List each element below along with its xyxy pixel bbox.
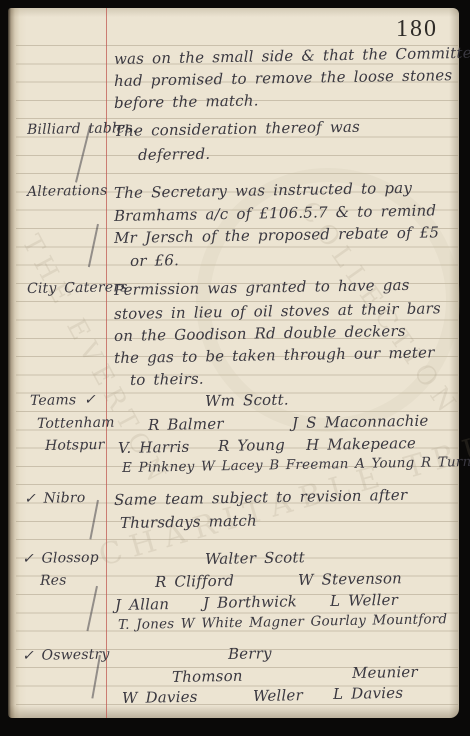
margin-opponent-line: Tottenham: [37, 415, 115, 432]
minute-line: or £6.: [130, 251, 179, 270]
player-name: Weller: [253, 686, 303, 705]
player-name: R Balmer: [148, 415, 224, 434]
margin-heading-nibro: ✓ Nibro: [24, 490, 86, 507]
player-name: L Weller: [330, 591, 398, 610]
player-name: Thomson: [172, 667, 243, 686]
page-number: 180: [396, 16, 438, 43]
player-name: R Clifford: [155, 572, 234, 591]
player-name: J Borthwick: [203, 592, 297, 612]
red-margin-line: [106, 8, 107, 718]
player-name: J Allan: [115, 595, 170, 614]
minute-line: Thursdays match: [120, 512, 257, 532]
margin-heading-teams: Teams ✓: [30, 392, 96, 409]
margin-opponent-line: Hotspur: [45, 437, 105, 454]
player-name: Walter Scott: [205, 548, 305, 568]
player-name: L Davies: [333, 684, 403, 703]
player-name: H Makepeace: [306, 434, 416, 454]
player-name: R Young: [218, 436, 285, 455]
player-name: Wm Scott.: [205, 391, 289, 410]
minute-line: to theirs.: [130, 370, 204, 389]
minute-line: deferred.: [138, 145, 211, 164]
player-name: W Stevenson: [298, 569, 402, 589]
player-name: Berry: [228, 644, 272, 663]
margin-heading-city-caterers: City Caterers: [27, 279, 128, 297]
scanned-minute-book-page: THE EVERTON COLLECTION CHARITABLE TRUST …: [0, 0, 470, 736]
player-name: Meunier: [352, 663, 418, 682]
player-name: J S Maconnachie: [292, 412, 429, 432]
player-name: V. Harris: [118, 438, 190, 457]
minute-line: before the match.: [114, 91, 259, 112]
margin-heading-glossop: ✓ Glossop: [22, 550, 99, 567]
margin-heading-alterations: Alterations: [27, 183, 108, 200]
player-name: W Davies: [122, 688, 198, 707]
margin-heading-glossop-res: Res: [40, 573, 67, 589]
margin-heading-oswestry: ✓ Oswestry: [22, 646, 110, 664]
